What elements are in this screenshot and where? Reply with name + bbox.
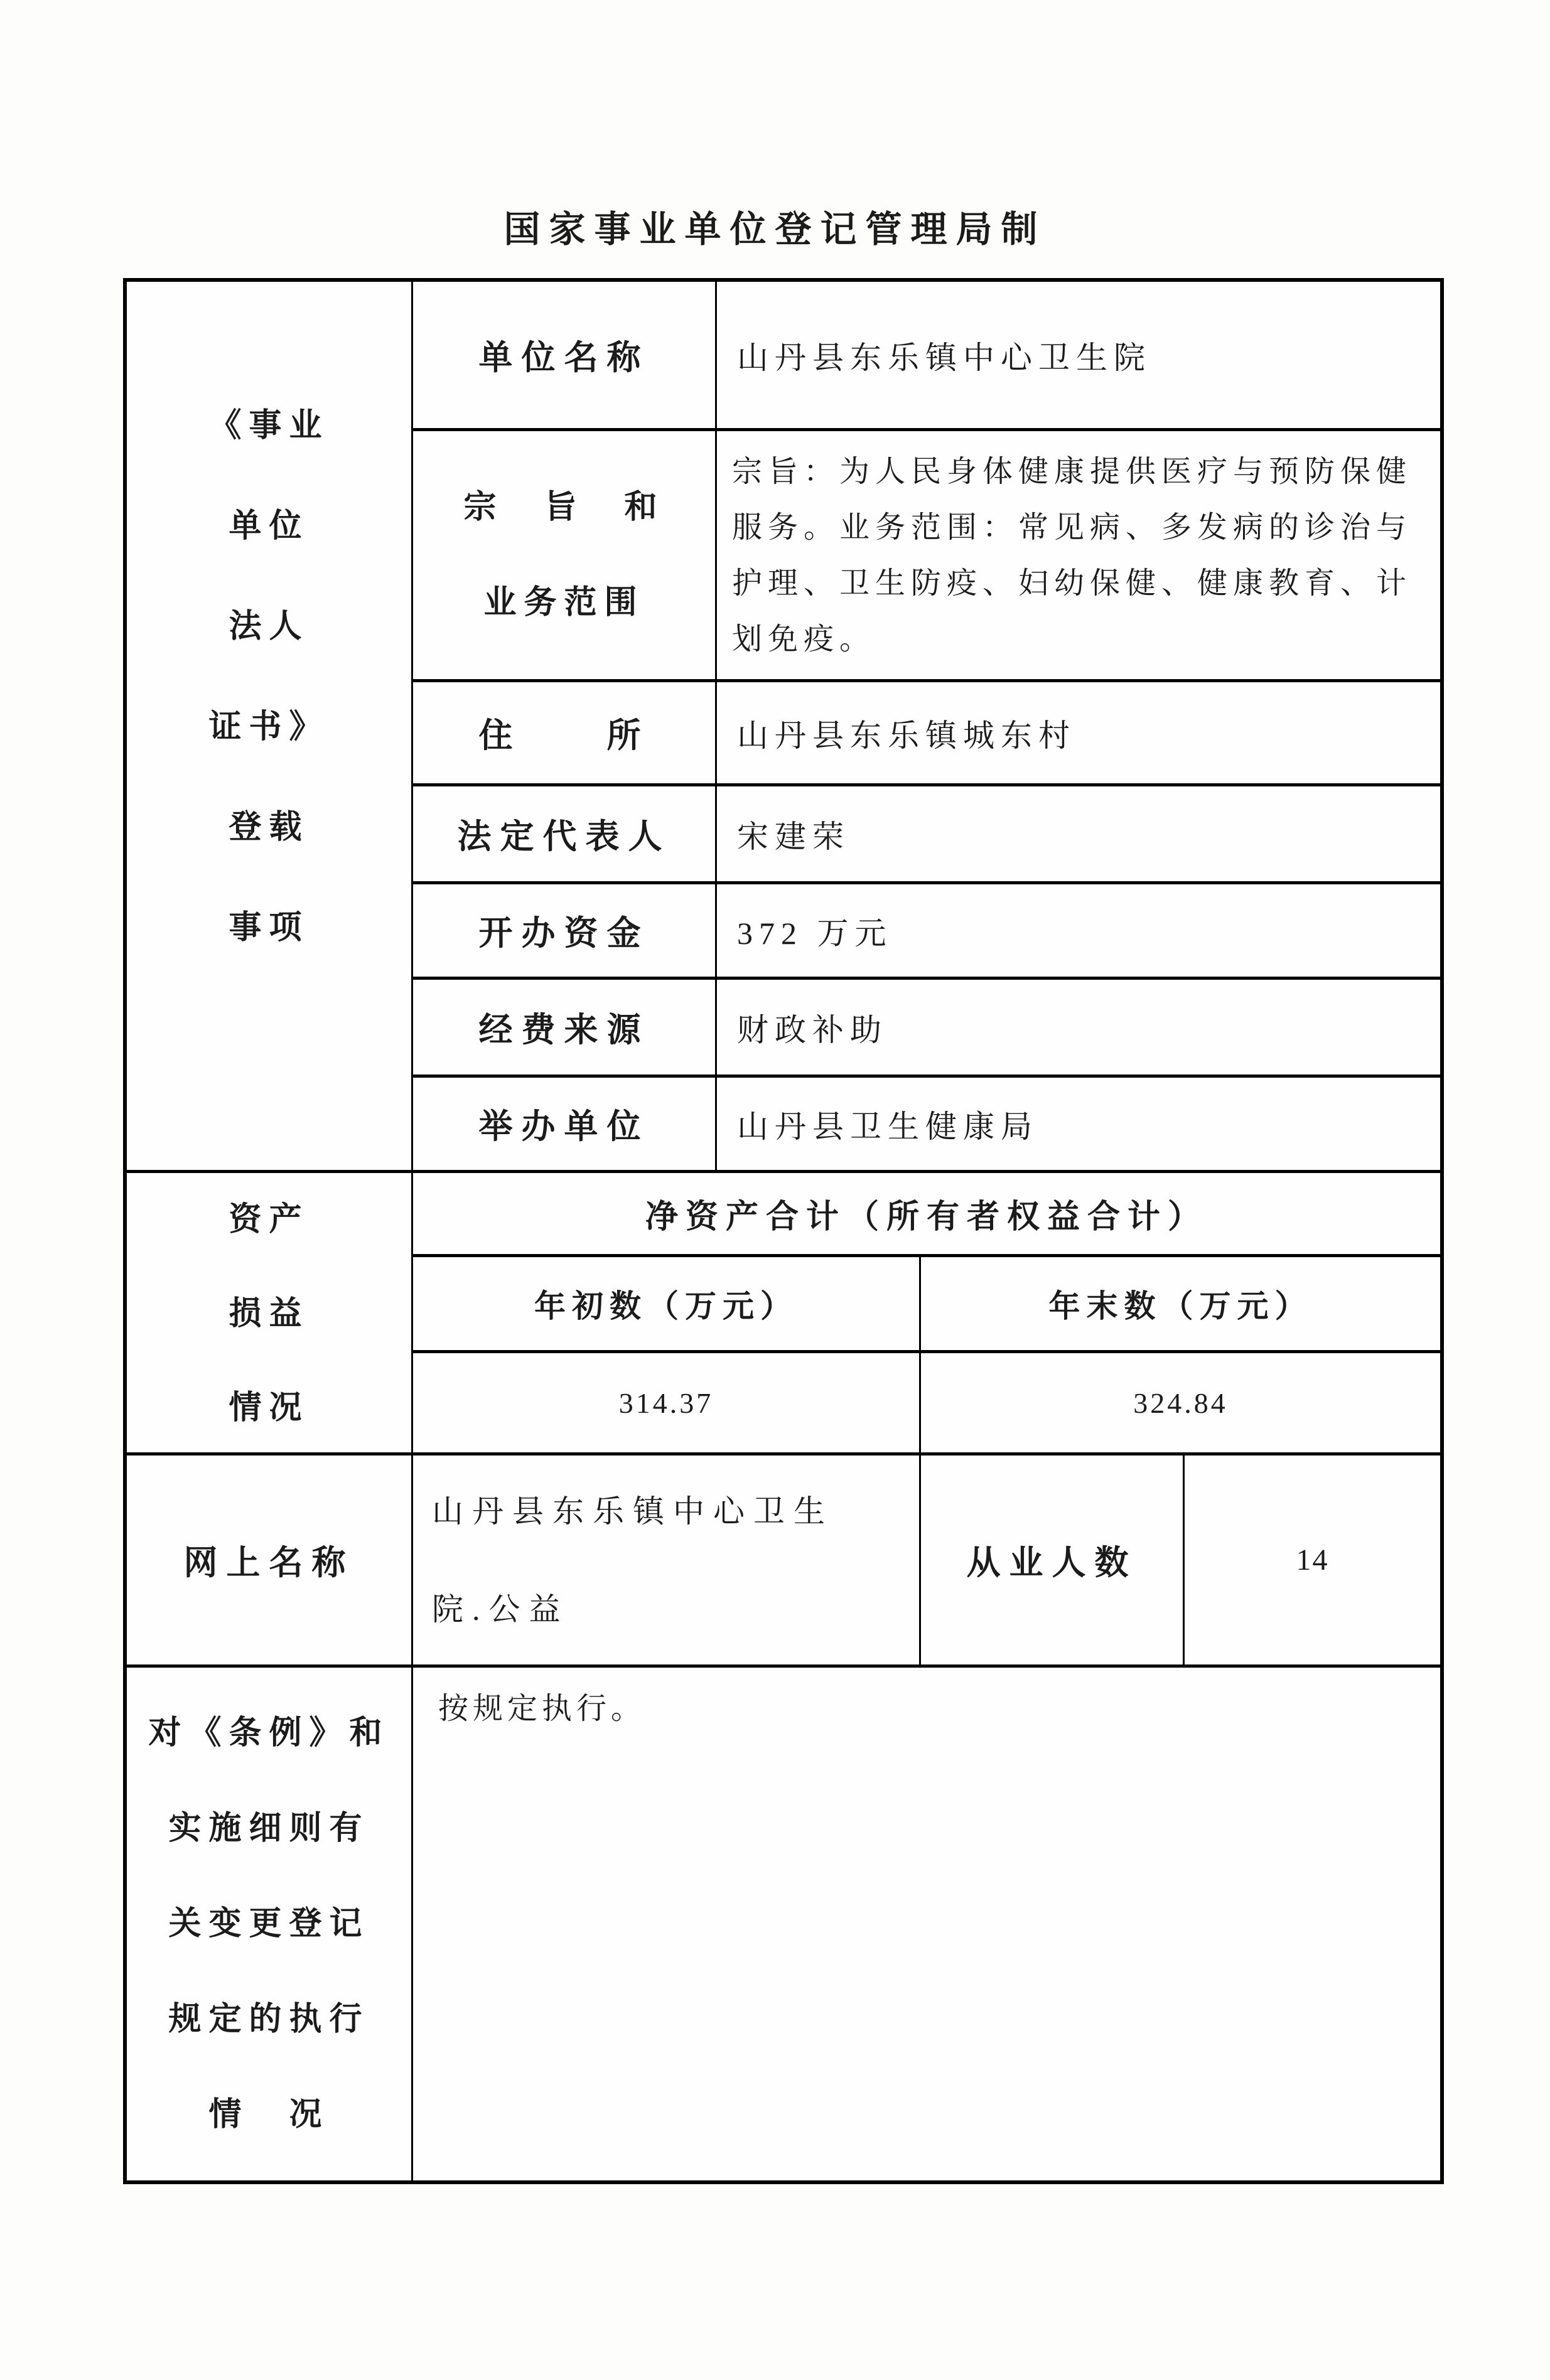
- legal-representative-label: 法定代表人: [413, 786, 717, 884]
- purpose-scope-label: 宗 旨 和 业务范围: [413, 431, 717, 682]
- assets-profit-loss-header: 资产 损益 情况: [127, 1173, 413, 1455]
- certificate-items-header-line: 登载: [229, 778, 309, 878]
- staff-count-value: 14: [1185, 1455, 1440, 1668]
- legal-representative-value: 宋建荣: [717, 786, 1440, 884]
- certificate-items-header-line: 单位: [229, 476, 309, 577]
- funding-source-label: 经费来源: [413, 980, 717, 1078]
- startup-capital-value: 372 万元: [717, 884, 1440, 980]
- certificate-items-header: 《事业 单位 法人 证书》 登载 事项: [127, 282, 413, 1173]
- online-name-label: 网上名称: [127, 1455, 413, 1668]
- online-name-value: 山丹县东乐镇中心卫生院.公益: [413, 1455, 921, 1668]
- sponsor-unit-label: 举办单位: [413, 1078, 717, 1173]
- document-title: 国家事业单位登记管理局制: [0, 200, 1550, 252]
- address-value: 山丹县东乐镇城东村: [717, 682, 1440, 786]
- certificate-items-header-line: 事项: [229, 878, 309, 978]
- purpose-scope-label-line: 宗 旨 和: [463, 460, 664, 555]
- regulation-compliance-header: 对《条例》和 实施细则有 关变更登记 规定的执行 情 况: [127, 1668, 413, 2180]
- funding-source-value: 财政补助: [717, 980, 1440, 1078]
- net-assets-header: 净资产合计（所有者权益合计）: [413, 1173, 1440, 1257]
- regulation-compliance-header-line: 情 况: [208, 2067, 329, 2163]
- sponsor-unit-value: 山丹县卫生健康局: [717, 1078, 1440, 1173]
- certificate-items-header-line: 证书》: [208, 677, 329, 778]
- startup-capital-label: 开办资金: [413, 884, 717, 980]
- assets-profit-loss-header-line: 资产: [229, 1173, 309, 1267]
- staff-count-label: 从业人数: [921, 1455, 1185, 1668]
- regulation-compliance-header-line: 规定的执行: [168, 1972, 369, 2067]
- certificate-items-header-line: 法人: [229, 577, 309, 677]
- unit-name-value: 山丹县东乐镇中心卫生院: [717, 282, 1440, 431]
- assets-profit-loss-header-line: 情况: [229, 1361, 309, 1455]
- document-page: 国家事业单位登记管理局制 《事业 单位 法人 证书》 登载 事项 单位名称 山丹…: [0, 0, 1550, 2380]
- registration-form-table: 《事业 单位 法人 证书》 登载 事项 单位名称 山丹县东乐镇中心卫生院 宗 旨…: [123, 278, 1444, 2184]
- year-end-value: 324.84: [921, 1353, 1440, 1455]
- purpose-scope-value: 宗旨：为人民身体健康提供医疗与预防保健服务。业务范围：常见病、多发病的诊治与护理…: [717, 431, 1440, 682]
- year-end-column-header: 年末数（万元）: [921, 1257, 1440, 1353]
- year-start-value: 314.37: [413, 1353, 921, 1455]
- unit-name-label: 单位名称: [413, 282, 717, 431]
- regulation-compliance-header-line: 实施细则有: [168, 1781, 369, 1877]
- address-label: 住 所: [413, 682, 717, 786]
- regulation-compliance-header-line: 对《条例》和: [148, 1686, 389, 1781]
- certificate-items-header-line: 《事业: [208, 376, 329, 476]
- assets-profit-loss-header-line: 损益: [229, 1267, 309, 1361]
- year-start-column-header: 年初数（万元）: [413, 1257, 921, 1353]
- purpose-scope-label-line: 业务范围: [483, 555, 644, 651]
- regulation-compliance-value: 按规定执行。: [413, 1668, 1440, 2180]
- regulation-compliance-header-line: 关变更登记: [168, 1877, 369, 1972]
